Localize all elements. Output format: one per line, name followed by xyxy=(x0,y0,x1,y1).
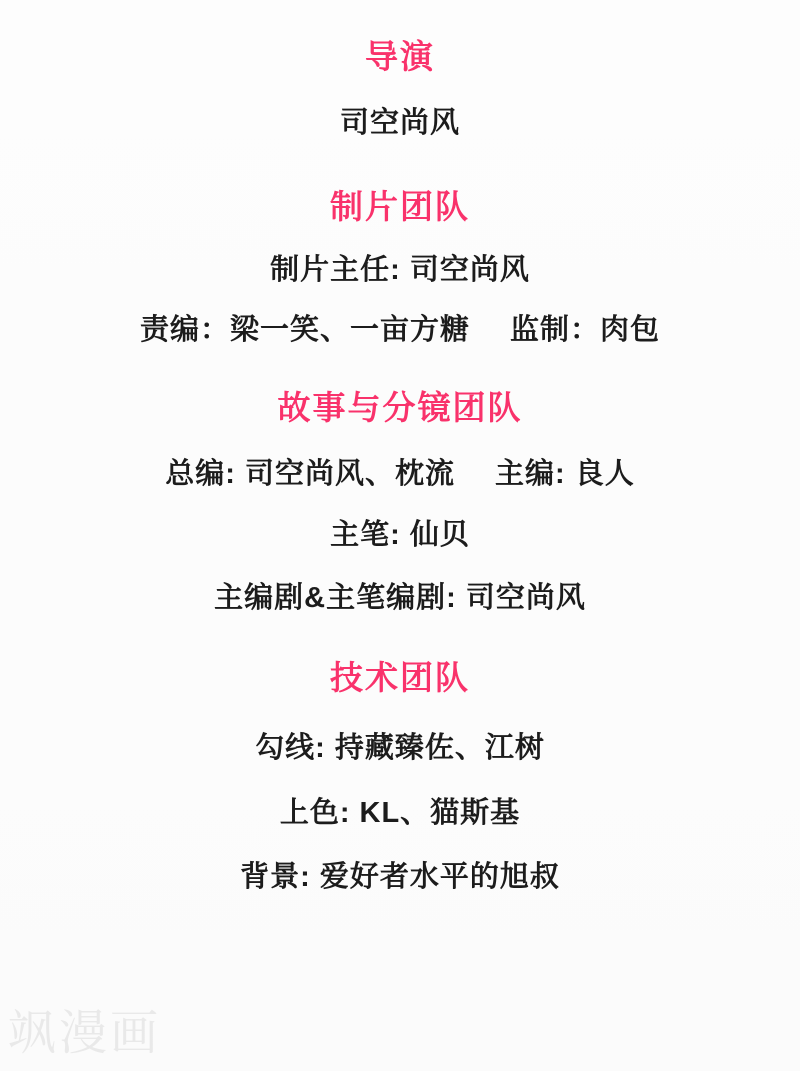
production-chief-line: 制片主任: 司空尚风 xyxy=(0,256,800,285)
tech-background-line: 背景: 爱好者水平的旭叔 xyxy=(0,863,800,892)
section-heading-tech-team: 技术团队 xyxy=(0,661,800,694)
story-screenwriter-line: 主编剧&主笔编剧: 司空尚风 xyxy=(0,584,800,613)
tech-coloring-line: 上色: KL、猫斯基 xyxy=(0,799,800,828)
section-heading-story-team: 故事与分镜团队 xyxy=(0,391,800,424)
credits-page: 导演 司空尚风 制片团队 制片主任: 司空尚风 责编：梁一笑、一亩方糖 监制：肉… xyxy=(0,0,800,1071)
director-name: 司空尚风 xyxy=(0,109,800,138)
production-supervisor: 监制：肉包 xyxy=(510,316,660,345)
story-main-artist-line: 主笔: 仙贝 xyxy=(0,521,800,550)
story-chief-editor: 总编: 司空尚风、枕流 xyxy=(165,460,455,489)
section-heading-production-team: 制片团队 xyxy=(0,190,800,223)
section-heading-director: 导演 xyxy=(0,40,800,73)
story-editors-line: 总编: 司空尚风、枕流 主编: 良人 xyxy=(0,460,800,489)
tech-lineart-line: 勾线: 持藏臻佐、江树 xyxy=(0,734,800,763)
production-editors: 责编：梁一笑、一亩方糖 xyxy=(140,316,470,345)
app-watermark: 飒漫画 xyxy=(8,1010,161,1058)
production-editors-supervisor-line: 责编：梁一笑、一亩方糖 监制：肉包 xyxy=(0,316,800,345)
story-main-editor: 主编: 良人 xyxy=(495,460,635,489)
